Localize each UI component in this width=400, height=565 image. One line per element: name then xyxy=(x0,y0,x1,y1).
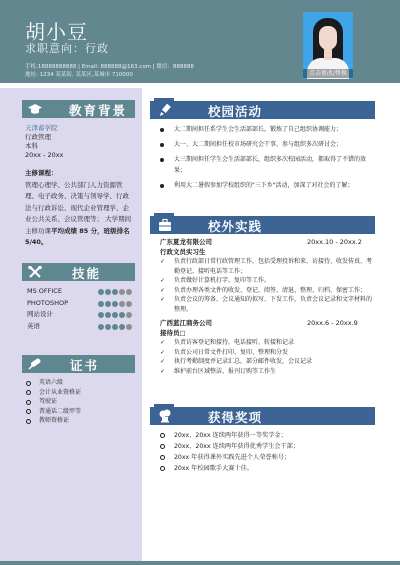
rating-dot-empty xyxy=(119,289,125,295)
check-icon: ✓ xyxy=(160,338,165,348)
circle-bullet-icon xyxy=(26,419,31,424)
award-text: 20xx 年校园歌手大赛十佳。 xyxy=(174,465,253,472)
diploma-icon xyxy=(28,358,42,370)
award-item: 20xx、20xx 连续两年获得一等奖学金； xyxy=(160,430,299,441)
skill-row: 网站设计 xyxy=(27,309,135,321)
award-item: 20xx 年校园歌手大赛十佳。 xyxy=(160,463,299,474)
courses-label: 主修课程： xyxy=(25,168,135,180)
company-name: 广西蓝江商务公司 xyxy=(160,319,212,327)
study-period: 20xx - 20xx xyxy=(25,151,63,160)
major: 行政管理 xyxy=(25,133,63,142)
certificate-item: 驾驶证 xyxy=(26,397,81,407)
task-text: 负责访客登记和接待，电话接听、转接和记录 xyxy=(174,339,294,346)
contact-info: 手机:18888888888 | Email: 888888@163.com |… xyxy=(25,63,194,79)
certificate-item: 英语六级 xyxy=(26,378,81,388)
rating-dot-filled xyxy=(98,301,104,307)
certificate-label: 普通话二级甲等 xyxy=(39,408,81,415)
header-tab xyxy=(154,98,174,102)
rating-dot-filled xyxy=(98,312,104,318)
section-header-practice: 校外实践 xyxy=(150,216,375,234)
section-header-certificates: 证书 xyxy=(22,355,135,373)
check-icon: ✓ xyxy=(160,357,165,367)
job-task: ✓负责会议的筹备、会议通知的拟写、下发工作，负责会议记录和文字材料的整理。 xyxy=(160,295,373,314)
award-item: 20xx 年获得课外实践先进个人荣誉称号； xyxy=(160,452,299,463)
section-header-awards: 获得奖项 xyxy=(150,407,375,425)
certificate-label: 驾驶证 xyxy=(39,398,57,405)
tools-icon xyxy=(28,266,42,278)
rating-dot-filled xyxy=(98,289,104,295)
company-name: 广东夏龙有限公司 xyxy=(160,238,212,246)
activity-item: 大一、大二期间担任校市场研究会干事，参与组织多次研讨会； xyxy=(158,139,373,150)
activity-text: 利用大二暑假参加学校组织的"三下乡"活动，加深了对社会的了解； xyxy=(174,182,354,189)
section-header-education: 教育背景 xyxy=(22,100,135,118)
job-role: 接待员□ xyxy=(160,329,373,339)
activity-text: 大二期间担任系学生会生活部部长，锻炼了自己组织协调能力； xyxy=(174,126,342,133)
rating-dot-filled xyxy=(105,312,111,318)
certificate-item: 教师资格证 xyxy=(26,416,81,426)
certificate-label: 会计从业资格证 xyxy=(39,389,81,396)
activity-text: 大一、大二期间担任校市场研究会干事，参与组织多次研讨会； xyxy=(174,141,342,148)
award-text: 20xx 年获得课外实践先进个人荣誉称号； xyxy=(174,454,290,461)
practice-list: 广东夏龙有限公司 20xx.10 - 20xx.2 行政文员实习生 ✓负责行政部… xyxy=(160,238,373,376)
skill-name: 网站设计 xyxy=(27,310,53,318)
skills-list: MS OFFICE PHOTOSHOP 网站设计 英语 xyxy=(27,286,135,332)
skill-rating xyxy=(98,312,132,318)
company-row: 广东夏龙有限公司 20xx.10 - 20xx.2 xyxy=(160,238,373,248)
certificates-list: 英语六级 会计从业资格证 驾驶证 普通话二级甲等 教师资格证 xyxy=(26,378,81,426)
photo-replace-caption[interactable]: 点击更改/替换 xyxy=(303,69,353,78)
bullet-icon xyxy=(160,128,164,132)
award-text: 20xx、20xx 连续两年获得优秀学生会干部； xyxy=(174,443,299,450)
contact-line-address: 地址: 1234 某某街, 某某区,某城市 710000 xyxy=(25,71,194,79)
activity-item: 利用大二暑假参加学校组织的"三下乡"活动，加深了对社会的了解； xyxy=(158,180,373,191)
rating-dot-filled xyxy=(105,289,111,295)
skill-name: MS OFFICE xyxy=(27,287,62,295)
bullet-icon xyxy=(160,184,164,188)
certificate-label: 英语六级 xyxy=(39,379,63,386)
activity-text: 大三期间担任学生会生活部部长，组织多次校园活动，都取得了不错的效果； xyxy=(174,156,366,174)
check-icon: ✓ xyxy=(160,286,165,296)
award-item: 20xx、20xx 连续两年获得优秀学生会干部； xyxy=(160,441,299,452)
rating-dot-filled xyxy=(112,301,118,307)
education-details: 天津蓄学院 行政管理 本科 20xx - 20xx xyxy=(25,124,63,160)
certificate-item: 普通话二级甲等 xyxy=(26,407,81,417)
footer-strip xyxy=(0,561,400,565)
rating-dot-filled xyxy=(105,301,111,307)
rating-dot-empty xyxy=(126,301,132,307)
section-title: 教育背景 xyxy=(69,101,127,119)
header-tab xyxy=(154,404,174,408)
job-task: ✓负责访客登记和接待，电话接听、转接和记录 xyxy=(160,338,373,348)
certificate-item: 会计从业资格证 xyxy=(26,388,81,398)
company-row: 广西蓝江商务公司 20xx.6 - 20xx.9 xyxy=(160,319,373,329)
rating-dot-empty xyxy=(126,289,132,295)
school-name: 天津蓄学院 xyxy=(25,124,63,133)
awards-list: 20xx、20xx 连续两年获得一等奖学金； 20xx、20xx 连续两年获得优… xyxy=(160,430,299,474)
check-icon: ✓ xyxy=(160,257,165,267)
circle-bullet-icon xyxy=(160,444,165,449)
job-task: ✓负责行政部日常行政管理工作，包括受理投诉和来、访接待、收发传真、考勤登记、接听… xyxy=(160,257,373,276)
task-text: 负责办理各类文件的收发、登记、阅签、清退、整理、归档、保密工作； xyxy=(174,287,366,294)
task-text: 维护前台区域整洁、报刊订购等工作生 xyxy=(174,368,276,375)
rating-dot-filled xyxy=(98,324,104,330)
bullet-icon xyxy=(160,158,164,162)
circle-bullet-icon xyxy=(160,433,165,438)
trophy-icon xyxy=(158,409,172,423)
job-role: 行政文员实习生 xyxy=(160,248,373,258)
check-icon: ✓ xyxy=(160,348,165,358)
circle-bullet-icon xyxy=(26,390,31,395)
job-task: ✓负责公司日常文件打印、复印、整理和分发 xyxy=(160,348,373,358)
circle-bullet-icon xyxy=(160,466,165,471)
section-header-skills: 技能 xyxy=(22,263,135,281)
section-header-activities: 校园活动 xyxy=(150,101,375,119)
contact-line-phone-email: 手机:18888888888 | Email: 888888@163.com |… xyxy=(25,63,194,71)
skill-row: 英语 xyxy=(27,321,135,333)
section-title: 技能 xyxy=(72,264,101,282)
check-icon: ✓ xyxy=(160,276,165,286)
job-task: ✓执行考勤制度并记录汇总，部分邮件收发，会议记录 xyxy=(160,357,373,367)
job-task: ✓维护前台区域整洁、报刊订购等工作生 xyxy=(160,367,373,377)
section-title: 校外实践 xyxy=(208,217,262,235)
rating-dot-filled xyxy=(112,289,118,295)
task-text: 负责行政部日常行政管理工作，包括受理投诉和来、访接待、收发传真、考勤登记、接听电… xyxy=(174,258,372,275)
circle-bullet-icon xyxy=(160,455,165,460)
rating-dot-filled xyxy=(112,324,118,330)
header-tab xyxy=(154,213,174,217)
activity-item: 大二期间担任系学生会生活部部长，锻炼了自己组织协调能力； xyxy=(158,124,373,135)
job-intent: 求职意向：行政 xyxy=(25,40,109,56)
certificate-label: 教师资格证 xyxy=(39,417,69,424)
task-text: 负责会议的筹备、会议通知的拟写、下发工作，负责会议记录和文字材料的整理。 xyxy=(174,296,372,313)
graduation-cap-icon xyxy=(28,103,42,115)
rating-dot-filled xyxy=(119,312,125,318)
rating-dot-empty xyxy=(119,301,125,307)
job-task: ✓负责做好计算机打字、复印等工作。 xyxy=(160,276,373,286)
circle-bullet-icon xyxy=(26,381,31,386)
rating-dot-filled xyxy=(105,324,111,330)
rating-dot-empty xyxy=(126,312,132,318)
courses-block: 主修课程： 管理心理学、公共部门人力资源管理、电子政务、决策与领导学、行政法与行… xyxy=(25,168,135,249)
section-title: 校园活动 xyxy=(208,102,262,120)
skill-rating xyxy=(98,289,132,295)
job-date: 20xx.10 - 20xx.2 xyxy=(307,238,362,248)
skill-name: 英语 xyxy=(27,322,40,330)
photo-face xyxy=(319,26,337,50)
activity-item: 大三期间担任学生会生活部部长，组织多次校园活动，都取得了不错的效果； xyxy=(158,154,373,176)
rating-dot-empty xyxy=(126,324,132,330)
job-task: ✓负责办理各类文件的收发、登记、阅签、清退、整理、归档、保密工作； xyxy=(160,286,373,296)
job-date: 20xx.6 - 20xx.9 xyxy=(307,319,358,329)
task-text: 负责做好计算机打字、复印等工作。 xyxy=(174,277,270,284)
circle-bullet-icon xyxy=(26,409,31,414)
circle-bullet-icon xyxy=(26,400,31,405)
skill-row: MS OFFICE xyxy=(27,286,135,298)
check-icon: ✓ xyxy=(160,367,165,377)
check-icon: ✓ xyxy=(160,295,165,305)
skill-rating xyxy=(98,301,132,307)
briefcase-icon xyxy=(158,218,172,232)
profile-photo[interactable]: 点击更改/替换 xyxy=(303,12,353,79)
task-text: 负责公司日常文件打印、复印、整理和分发 xyxy=(174,349,288,356)
bullet-icon xyxy=(160,143,164,147)
section-title: 获得奖项 xyxy=(208,408,262,426)
rating-dot-filled xyxy=(119,324,125,330)
task-text: 执行考勤制度并记录汇总，部分邮件收发，会议记录 xyxy=(174,358,312,365)
rating-dot-filled xyxy=(112,312,118,318)
header-banner: 胡小豆 求职意向：行政 手机:18888888888 | Email: 8888… xyxy=(0,0,400,83)
skill-rating xyxy=(98,324,132,330)
section-title: 证书 xyxy=(70,356,99,374)
skill-name: PHOTOSHOP xyxy=(27,299,68,307)
activities-list: 大二期间担任系学生会生活部部长，锻炼了自己组织协调能力； 大一、大二期间担任校市… xyxy=(158,124,373,195)
degree: 本科 xyxy=(25,142,63,151)
award-text: 20xx、20xx 连续两年获得一等奖学金； xyxy=(174,432,287,439)
pen-icon xyxy=(158,103,172,117)
skill-row: PHOTOSHOP xyxy=(27,298,135,310)
